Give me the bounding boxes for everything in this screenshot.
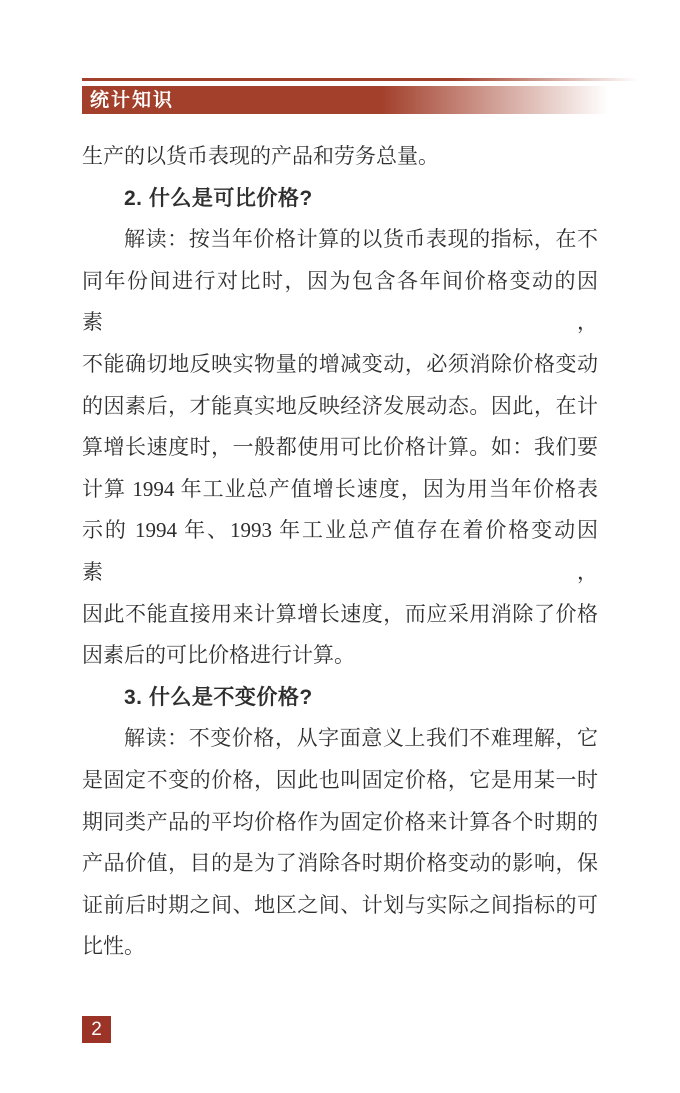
text-line: 解读：按当年价格计算的以货币表现的指标，在不	[82, 219, 598, 261]
section-heading: 3. 什么是不变价格?	[82, 677, 598, 719]
text-line: 证前后时期之间、地区之间、计划与实际之间指标的可	[82, 885, 598, 927]
text-line: 是固定不变的价格，因此也叫固定价格，它是用某一时	[82, 760, 598, 802]
text-line: 产品价值，目的是为了消除各时期价格变动的影响，保	[82, 843, 598, 885]
body-text: 生产的以货币表现的产品和劳务总量。2. 什么是可比价格?解读：按当年价格计算的以…	[82, 136, 598, 968]
text-line: 因此不能直接用来计算增长速度，而应采用消除了价格	[82, 594, 598, 636]
text-line: 示的 1994 年、1993 年工业总产值存在着价格变动因素，	[82, 510, 598, 593]
text-line: 比性。	[82, 926, 598, 968]
text-line: 算增长速度时，一般都使用可比价格计算。如：我们要	[82, 427, 598, 469]
document-page: 统计知识 生产的以货币表现的产品和劳务总量。2. 什么是可比价格?解读：按当年价…	[0, 0, 680, 1093]
text-line: 的因素后，才能真实地反映经济发展动态。因此，在计	[82, 386, 598, 428]
section-heading: 2. 什么是可比价格?	[82, 178, 598, 220]
section-header-title: 统计知识	[82, 91, 174, 110]
text-line: 期同类产品的平均价格作为固定价格来计算各个时期的	[82, 802, 598, 844]
text-line: 同年份间进行对比时，因为包含各年间价格变动的因素，	[82, 261, 598, 344]
header-top-rule	[82, 78, 680, 81]
text-line: 生产的以货币表现的产品和劳务总量。	[82, 136, 598, 178]
page-number-badge: 2	[82, 1016, 111, 1043]
text-line: 计算 1994 年工业总产值增长速度，因为用当年价格表	[82, 469, 598, 511]
text-line: 因素后的可比价格进行计算。	[82, 635, 598, 677]
text-line: 解读：不变价格，从字面意义上我们不难理解，它	[82, 718, 598, 760]
section-header-banner: 统计知识	[82, 86, 680, 114]
text-line: 不能确切地反映实物量的增减变动，必须消除价格变动	[82, 344, 598, 386]
